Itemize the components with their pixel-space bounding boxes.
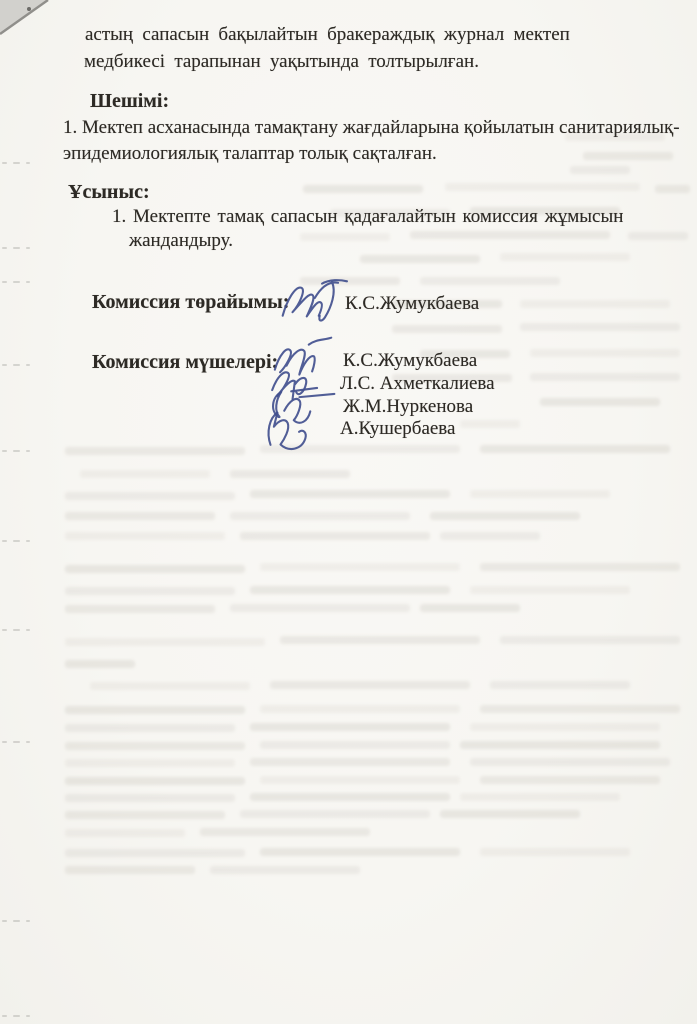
member-name-3: Ж.М.Нуркенова bbox=[343, 395, 473, 419]
member-signature-4 bbox=[263, 405, 325, 455]
decision-heading: Шешімі: bbox=[90, 89, 169, 113]
member-name-1: К.С.Жумукбаева bbox=[343, 349, 477, 373]
chair-signature bbox=[278, 275, 353, 329]
corner-fold-artifact bbox=[0, 0, 60, 48]
intro-line-2: медбикесі тарапынан уақытында толтырылға… bbox=[84, 50, 479, 74]
decision-line-2: эпидемиологиялық талаптар толық сақталға… bbox=[63, 142, 437, 166]
intro-line-1: астың сапасын бақылайтын бракераждық жур… bbox=[85, 23, 570, 47]
member-name-4: А.Кушербаева bbox=[340, 417, 455, 441]
chair-name: К.С.Жумукбаева bbox=[345, 292, 479, 316]
chair-label: Комиссия төрайымы: bbox=[92, 290, 289, 314]
proposal-line-2: жандандыру. bbox=[129, 229, 233, 253]
member-name-2: Л.С. Ахметкалиева bbox=[340, 372, 495, 396]
scanned-document-page: астың сапасын бақылайтын бракераждық жур… bbox=[0, 0, 697, 1024]
members-label: Комиссия мүшелері: bbox=[92, 350, 278, 374]
proposal-line-1: 1. Мектепте тамақ сапасын қадағалайтын к… bbox=[112, 205, 623, 229]
decision-line-1: 1. Мектеп асханасында тамақтану жағдайла… bbox=[63, 116, 680, 140]
proposal-heading: Ұсыныс: bbox=[68, 180, 150, 204]
